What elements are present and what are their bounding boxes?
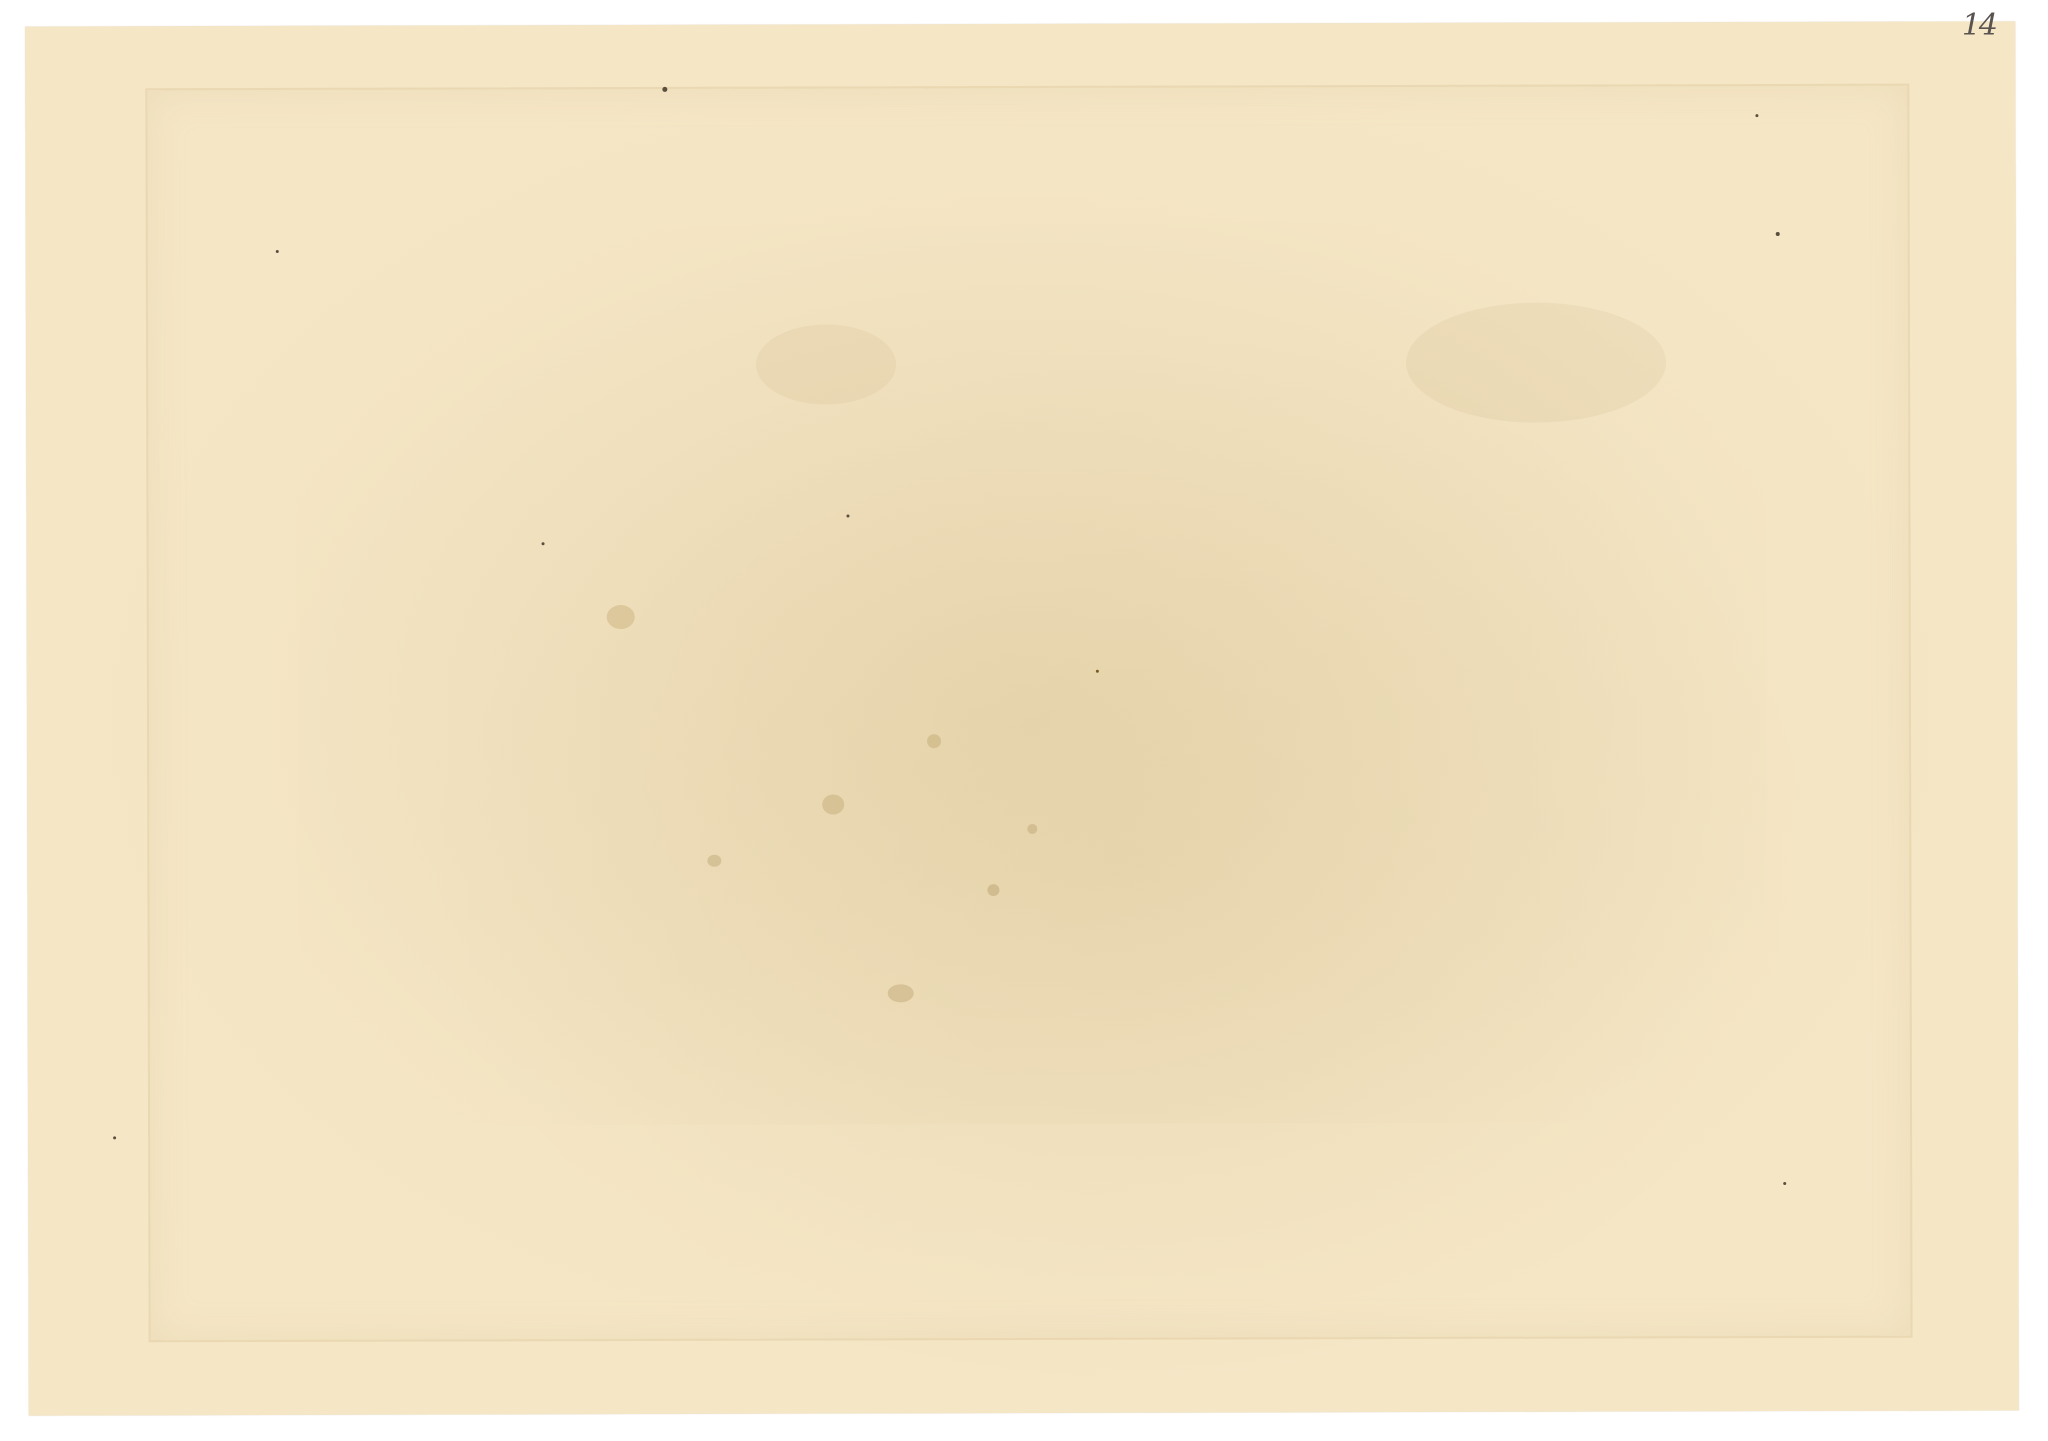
foxing-spot [1027, 824, 1037, 834]
speck [846, 514, 849, 517]
speck [1096, 670, 1099, 673]
foxing-spot [607, 605, 635, 629]
speck [113, 1136, 116, 1139]
paper-sheet [25, 21, 2019, 1415]
foxing-spot [927, 734, 941, 748]
handwritten-page-number: 14 [1962, 8, 1996, 43]
foxing-spot [756, 324, 896, 404]
speck [1783, 1182, 1786, 1185]
speck [1755, 114, 1758, 117]
speck [542, 542, 545, 545]
foxing-spot [822, 794, 844, 814]
speck [276, 250, 279, 253]
speck [1776, 232, 1780, 236]
foxing-spot [987, 884, 999, 896]
foxing-spot [1406, 302, 1666, 423]
foxing-spot [888, 984, 914, 1002]
foxing-spot [707, 855, 721, 867]
speck [662, 87, 667, 92]
